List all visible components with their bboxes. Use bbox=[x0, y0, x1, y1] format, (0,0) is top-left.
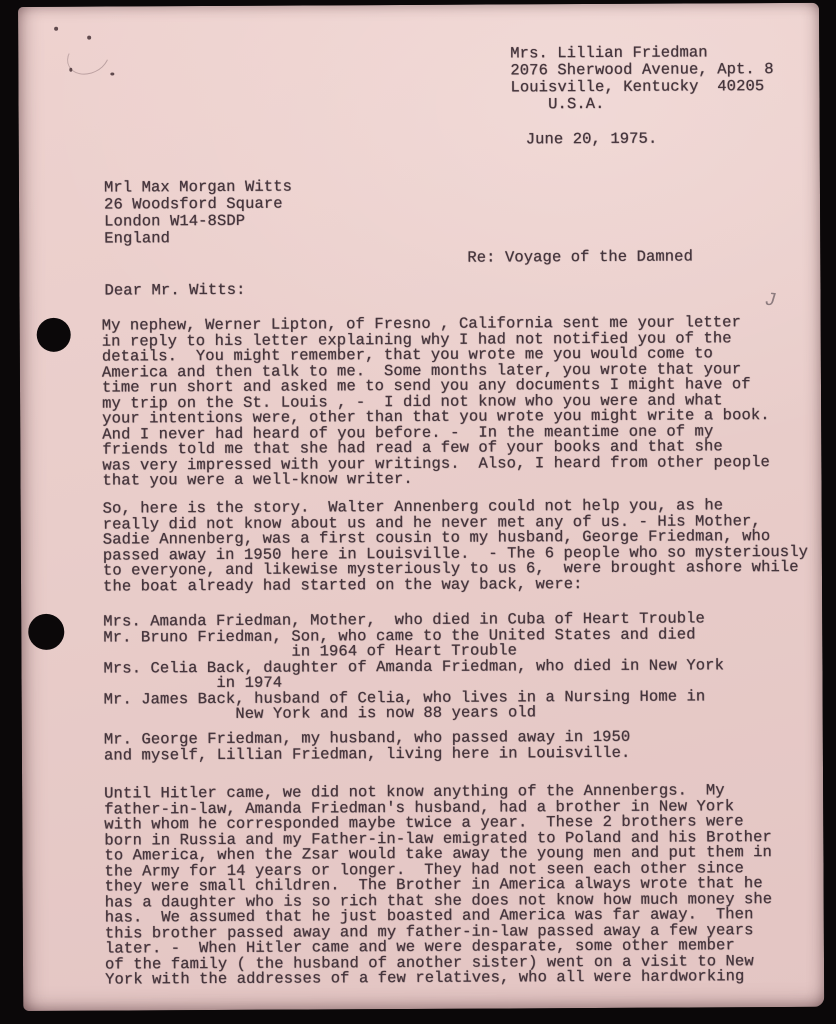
pencil-annotation-mark: J bbox=[763, 289, 777, 312]
punch-hole-bottom bbox=[28, 614, 64, 650]
letter-date: June 20, 1975. bbox=[526, 132, 658, 148]
body-paragraph-3: Mr. George Friedman, my husband, who pas… bbox=[104, 730, 631, 764]
sender-address-block: Mrs. Lillian Friedman 2076 Sherwood Aven… bbox=[510, 44, 774, 113]
body-paragraph-4: Until Hitler came, we did not know anyth… bbox=[104, 783, 773, 988]
salutation-line: Dear Mr. Witts: bbox=[104, 283, 245, 299]
letter-paper: Mrs. Lillian Friedman 2076 Sherwood Aven… bbox=[18, 3, 824, 1011]
paper-scratch bbox=[61, 32, 115, 82]
punch-hole-top bbox=[37, 318, 71, 352]
subject-line: Re: Voyage of the Damned bbox=[467, 249, 693, 266]
recipient-address-block: Mrl Max Morgan Witts 26 Woodsford Square… bbox=[104, 179, 292, 248]
body-family-list: Mrs. Amanda Friedman, Mother, who died i… bbox=[103, 611, 724, 723]
body-paragraph-1: My nephew, Werner Lipton, of Fresno , Ca… bbox=[102, 315, 770, 489]
paper-speckle bbox=[54, 27, 58, 31]
scanned-letter-page: Mrs. Lillian Friedman 2076 Sherwood Aven… bbox=[0, 0, 836, 1024]
body-paragraph-2: So, here is the story. Walter Annenberg … bbox=[103, 498, 809, 595]
paper-speckle bbox=[110, 72, 114, 75]
